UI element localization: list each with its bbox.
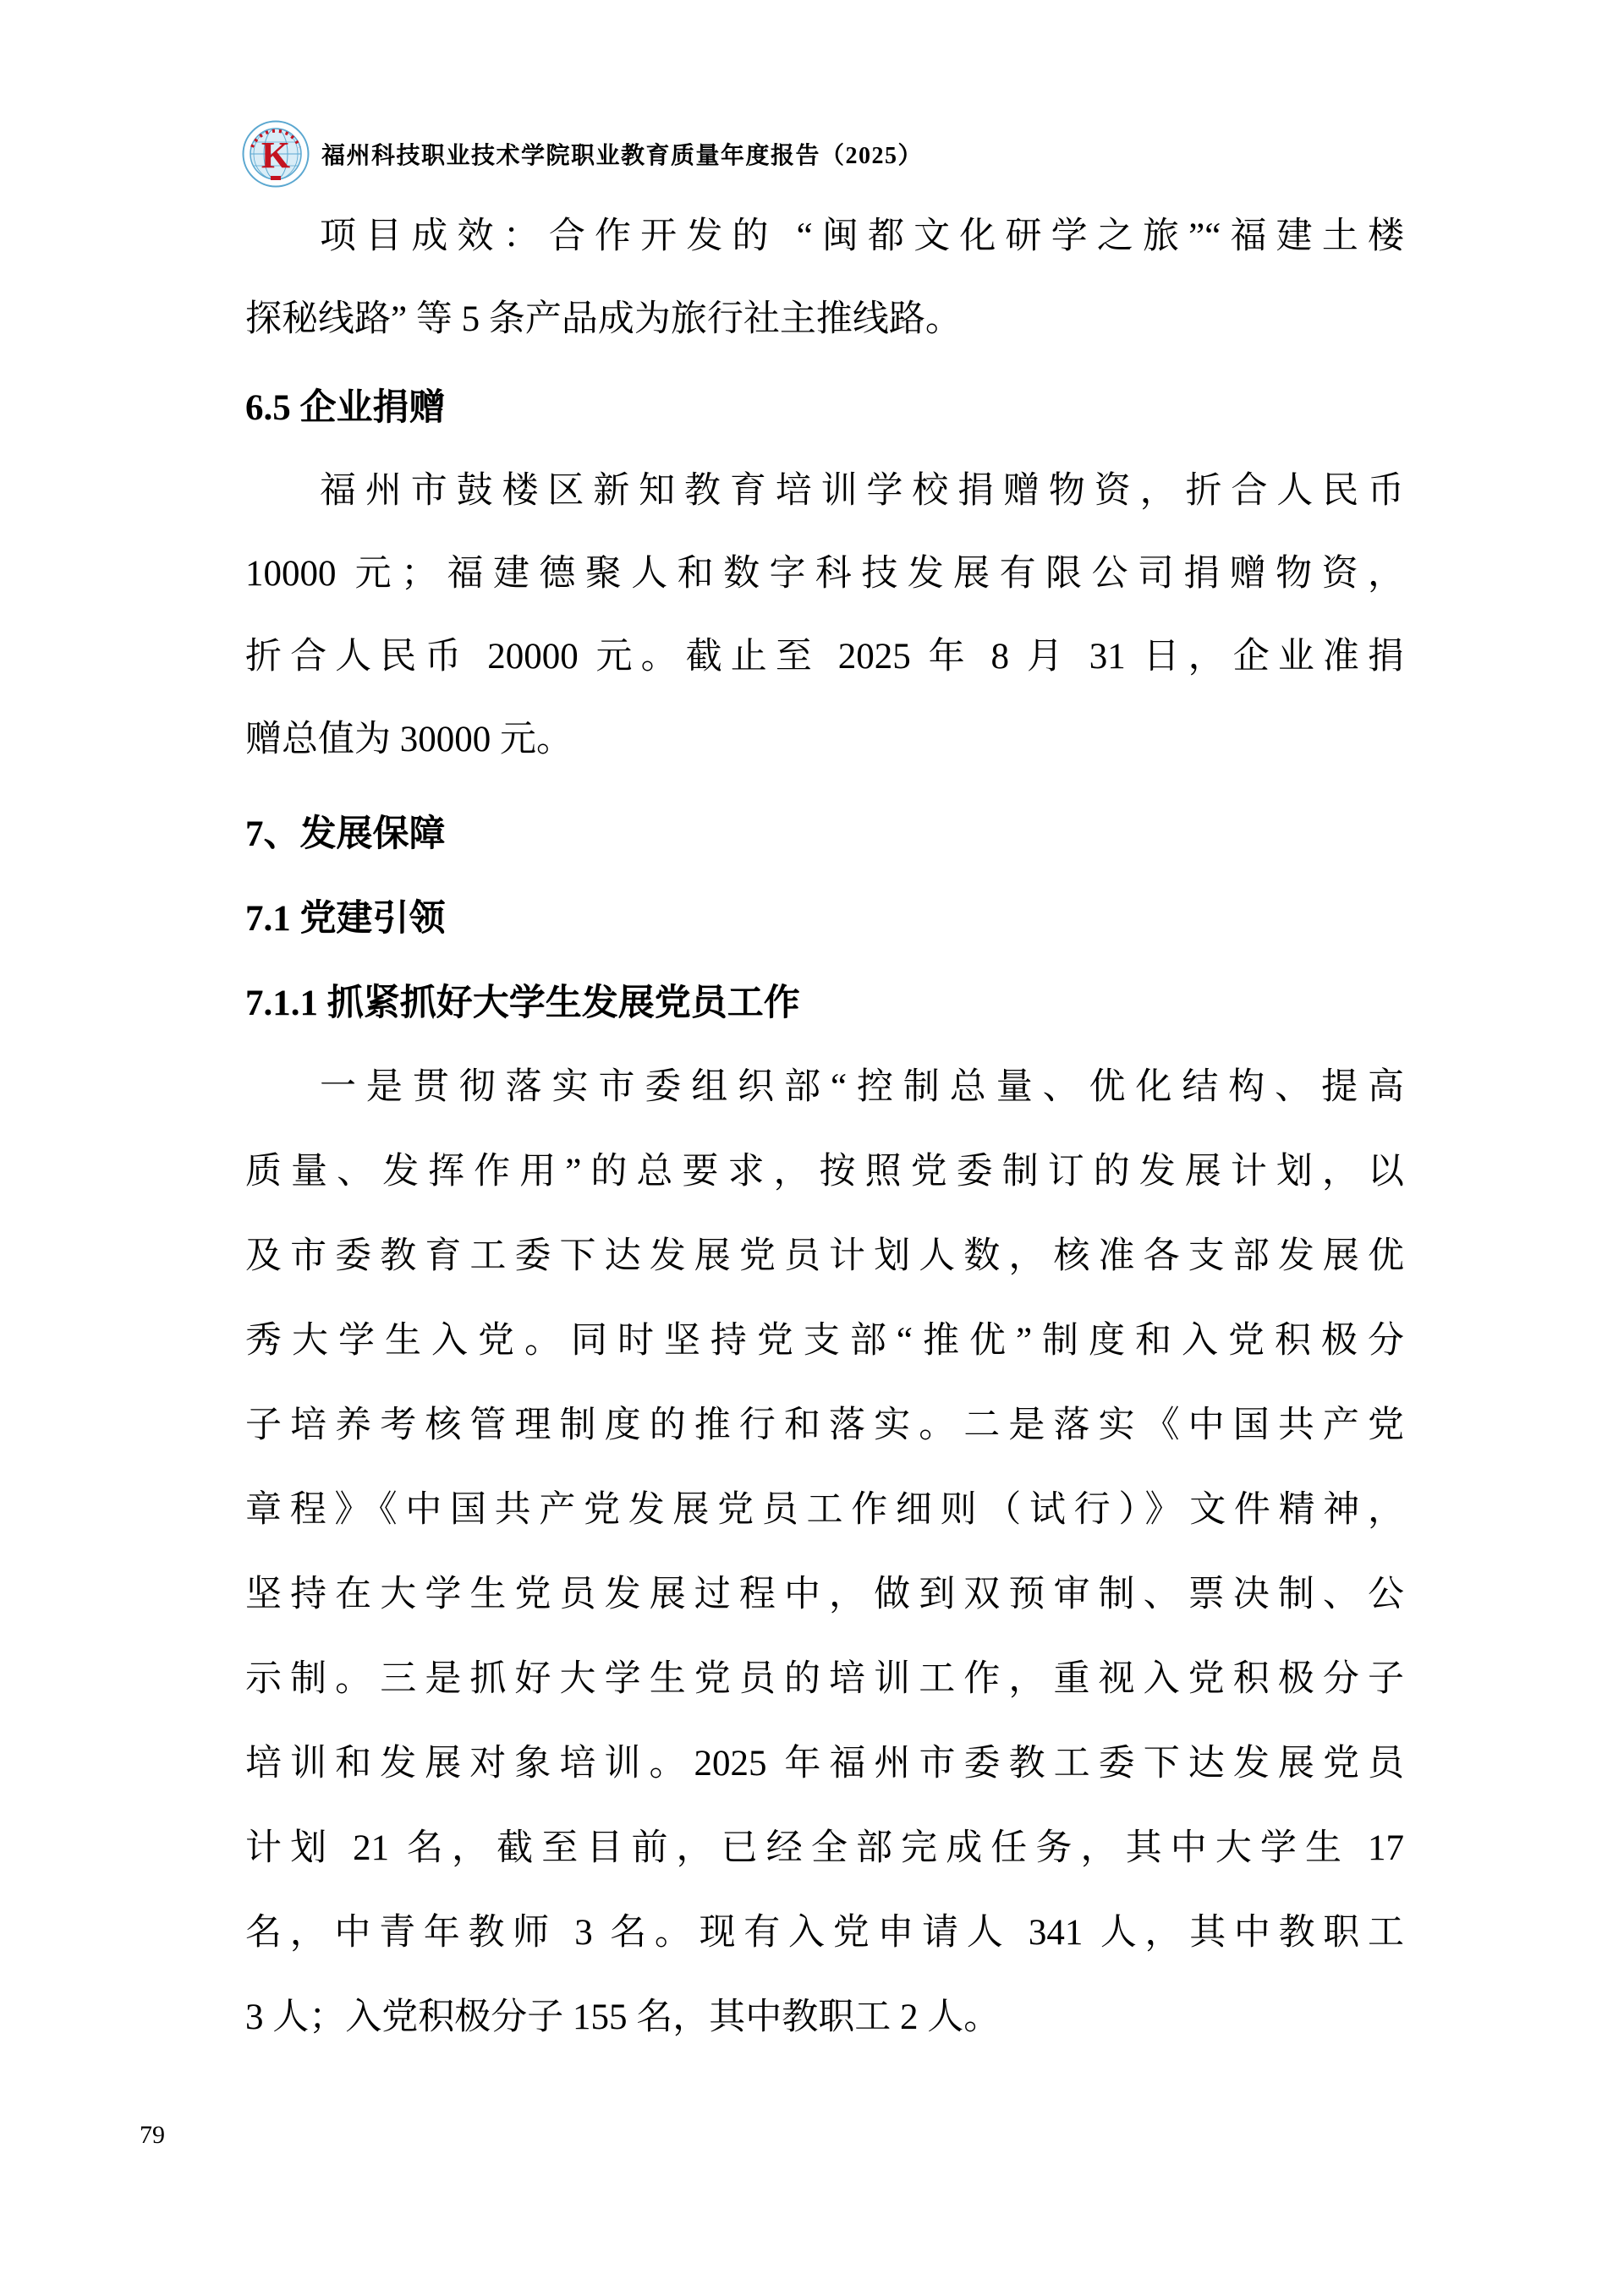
paragraph-line: 计划 21 名，截至目前，已经全部完成任务，其中大学生 17 (245, 1806, 1404, 1891)
paragraph-line: 福州市鼓楼区新知教育培训学校捐赠物资，折合人民币 (245, 450, 1404, 533)
paragraph-party-building: 一是贯彻落实市委组织部“控制总量、优化结构、提高 质量、发挥作用”的总要求，按照… (245, 1045, 1404, 2060)
paragraph-line: 培训和发展对象培训。2025 年福州市委教工委下达发展党员 (245, 1722, 1404, 1806)
school-logo-icon: K (242, 120, 310, 188)
document-page: K 福州科技职业技术学院职业教育质量年度报告（2025） 项目成效：合作开发的 … (0, 0, 1624, 2296)
paragraph-line: 一是贯彻落实市委组织部“控制总量、优化结构、提高 (245, 1045, 1404, 1130)
section-heading-6-5: 6.5 企业捐赠 (245, 367, 1404, 450)
paragraph-line: 及市委教育工委下达发展党员计划人数，核准各支部发展优 (245, 1214, 1404, 1299)
paragraph-project-result: 项目成效：合作开发的 “闽都文化研学之旅”“福建土楼 探秘线路” 等 5 条产品… (245, 195, 1404, 361)
paragraph-line: 10000 元；福建德聚人和数字科技发展有限公司捐赠物资， (245, 533, 1404, 616)
paragraph-line: 折合人民币 20000 元。截止至 2025 年 8 月 31 日，企业准捐 (245, 616, 1404, 699)
paragraph-line: 名，中青年教师 3 名。现有入党申请人 341 人，其中教职工 (245, 1891, 1404, 1975)
paragraph-line: 子培养考核管理制度的推行和落实。二是落实《中国共产党 (245, 1384, 1404, 1468)
paragraph-line: 探秘线路” 等 5 条产品成为旅行社主推线路。 (245, 278, 1404, 361)
document-body: 项目成效：合作开发的 “闽都文化研学之旅”“福建土楼 探秘线路” 等 5 条产品… (245, 195, 1404, 2060)
document-header-title: 福州科技职业技术学院职业教育质量年度报告（2025） (321, 137, 923, 171)
paragraph-line: 坚持在大学生党员发展过程中，做到双预审制、票决制、公 (245, 1553, 1404, 1637)
paragraph-line: 秀大学生入党。同时坚持党支部“推优”制度和入党积极分 (245, 1299, 1404, 1384)
paragraph-line: 质量、发挥作用”的总要求，按照党委制订的发展计划，以 (245, 1130, 1404, 1214)
paragraph-line: 项目成效：合作开发的 “闽都文化研学之旅”“福建土楼 (245, 195, 1404, 278)
paragraph-line: 章程》《中国共产党发展党员工作细则（试行）》文件精神， (245, 1468, 1404, 1553)
page-number: 79 (140, 2118, 165, 2152)
page-header: K 福州科技职业技术学院职业教育质量年度报告（2025） (242, 117, 923, 191)
paragraph-line: 3 人；入党积极分子 155 名，其中教职工 2 人。 (245, 1975, 1404, 2060)
logo-letter: K (261, 134, 290, 176)
section-heading-7-1: 7.1 党建引领 (245, 878, 1404, 961)
paragraph-donation: 福州市鼓楼区新知教育培训学校捐赠物资，折合人民币 10000 元；福建德聚人和数… (245, 450, 1404, 781)
paragraph-line: 赠总值为 30000 元。 (245, 699, 1404, 781)
section-heading-7-1-1: 7.1.1 抓紧抓好大学生发展党员工作 (245, 962, 1404, 1045)
section-heading-7: 7、发展保障 (245, 793, 1404, 876)
paragraph-line: 示制。三是抓好大学生党员的培训工作，重视入党积极分子 (245, 1637, 1404, 1722)
